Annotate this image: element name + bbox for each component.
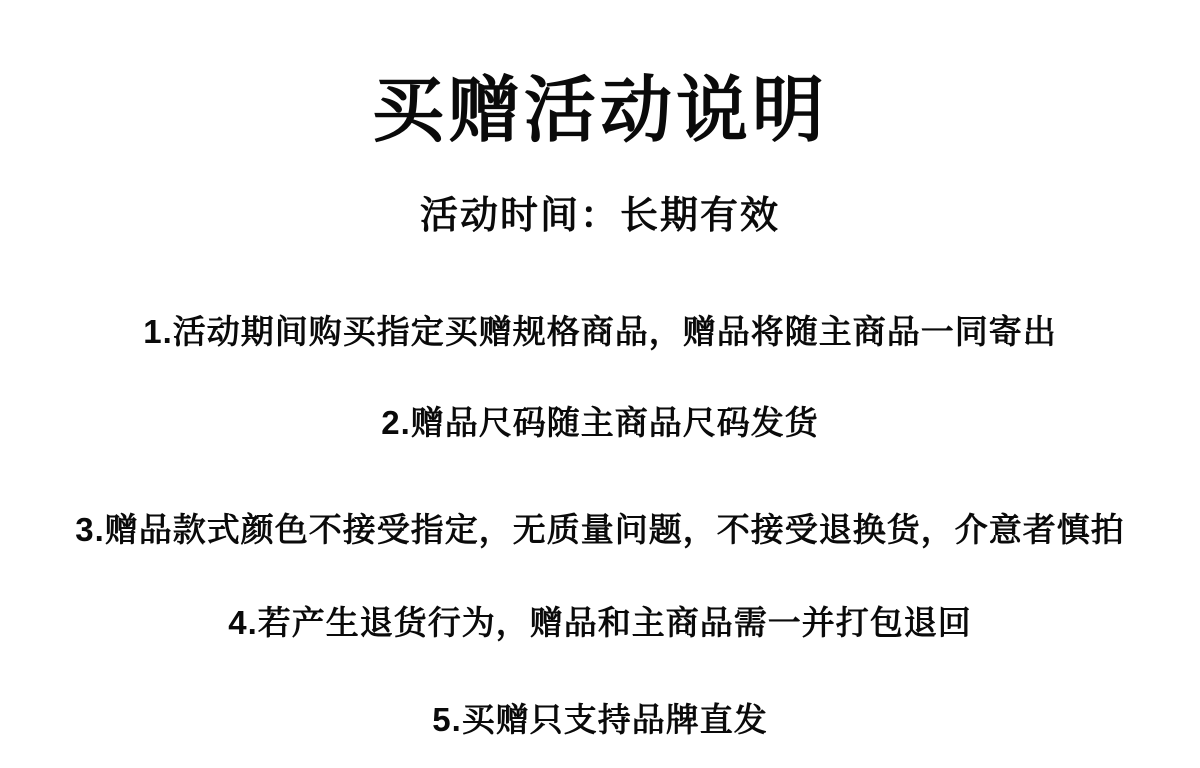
notice-item-5-prefix: 5.买赠只支持: [432, 701, 632, 738]
notice-item-5: 5.买赠只支持品牌直发: [0, 694, 1200, 741]
notice-item-2: 2.赠品尺码随主商品尺码发货: [0, 397, 1200, 444]
page-title: 买赠活动说明: [0, 68, 1200, 154]
notice-item-1: 1.活动期间购买指定买赠规格商品，赠品将随主商品一同寄出: [0, 306, 1200, 353]
notice-item-4: 4.若产生退货行为，赠品和主商品需一并打包退回: [0, 597, 1200, 644]
notice-item-3: 3.赠品款式颜色不接受指定，无质量问题，不接受退换货，介意者慎拍: [0, 504, 1200, 551]
promo-notice-page: 买赠活动说明 活动时间：长期有效 1.活动期间购买指定买赠规格商品，赠品将随主商…: [0, 0, 1200, 768]
activity-time-subtitle: 活动时间：长期有效: [0, 184, 1200, 239]
notice-item-5-bold-suffix: 品牌直发: [632, 701, 768, 738]
